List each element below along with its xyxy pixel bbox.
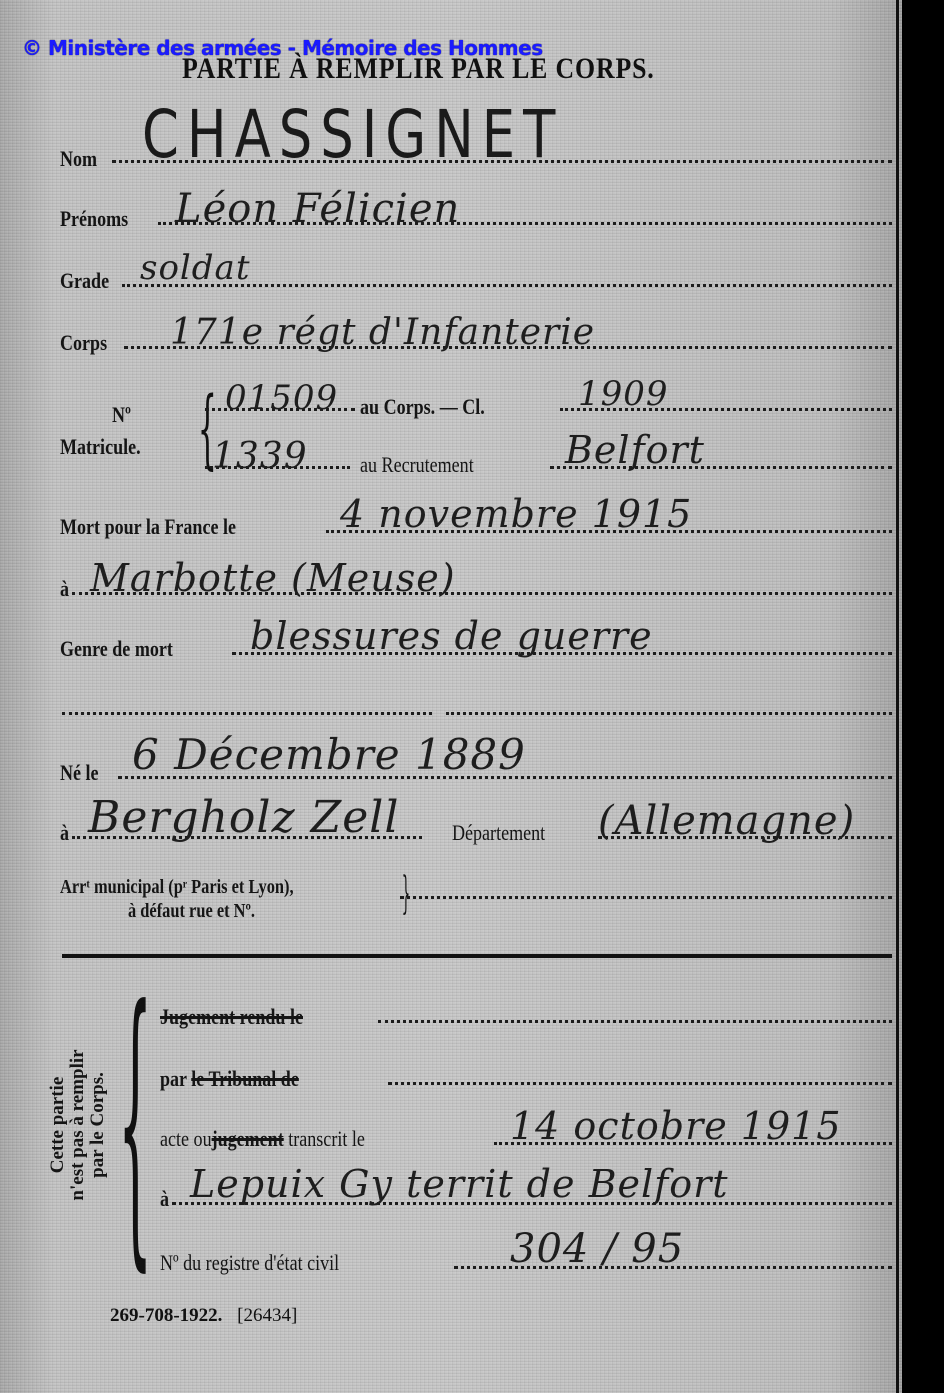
extra-line-b [446, 712, 892, 715]
form-reference: [26434] [237, 1305, 297, 1326]
registre-value: 304 / 95 [510, 1226, 684, 1272]
departement-value: (Allemagne) [598, 798, 855, 844]
form-footer: 269-708-1922. [26434] [110, 1305, 297, 1327]
ne-le-label: Né le [60, 760, 99, 786]
tribunal-label-struck: le Tribunal de [191, 1066, 299, 1091]
au-recrutement-label: au Recrutement [360, 452, 474, 478]
matricule-corps-value: 01509 [225, 378, 338, 418]
recrutement-no-value: 1339 [212, 436, 308, 477]
ne-le-value: 6 Décembre 1889 [132, 730, 526, 779]
copyright-watermark: © Ministère des armées - Mémoire des Hom… [22, 36, 543, 60]
side-label-line-1: Cette partie [48, 1010, 68, 1240]
grade-label: Grade [60, 268, 109, 294]
registre-label: Nº du registre d'état civil [160, 1250, 339, 1276]
au-corps-classe-label: au Corps. — Cl. [360, 394, 485, 420]
corps-label: Corps [60, 330, 107, 356]
matricule-label: Matricule. [60, 434, 141, 460]
classe-value: 1909 [578, 374, 669, 414]
grade-value: soldat [140, 248, 251, 288]
arrondissement-brace: } [402, 872, 410, 916]
matricule-no-label: Nº [112, 402, 131, 428]
document-card: © Ministère des armées - Mémoire des Hom… [0, 0, 902, 1393]
arrondissement-line [400, 896, 892, 899]
nom-label: Nom [60, 146, 97, 172]
prenoms-value: Léon Félicien [175, 186, 460, 232]
section-divider [62, 954, 892, 958]
side-label-line-2: n'est pas à remplir [68, 1010, 88, 1240]
tribunal-line [388, 1082, 892, 1085]
arrondissement-label-2: à défaut rue et Nº. [128, 900, 255, 923]
prenoms-label: Prénoms [60, 206, 128, 232]
tribunal-label-pre: par [160, 1066, 187, 1091]
acte-label: acte oujugement transcrit le [160, 1126, 365, 1152]
mort-a-label: à [60, 576, 69, 602]
acte-label-struck: jugement [212, 1126, 284, 1151]
mort-le-value: 4 novembre 1915 [340, 492, 692, 536]
mort-le-label: Mort pour la France le [60, 514, 236, 540]
nom-value: CHASSIGNET [142, 96, 563, 173]
jugement-label: Jugement rendu le [160, 1004, 303, 1030]
acte-value: 14 octobre 1915 [510, 1104, 842, 1148]
civil-section-brace: { [118, 972, 152, 1272]
side-label-line-3: par le Corps. [88, 1010, 108, 1240]
departement-label: Département [452, 820, 545, 846]
ne-a-value: Bergholz Zell [88, 792, 399, 843]
lieu-label: à [160, 1186, 169, 1212]
genre-mort-label: Genre de mort [60, 636, 173, 662]
extra-line-a [62, 712, 432, 715]
lieu-value: Lepuix Gy territ de Belfort [190, 1162, 729, 1206]
recrutement-value: Belfort [565, 428, 705, 472]
ne-a-label: à [60, 820, 69, 846]
genre-mort-value: blessures de guerre [250, 614, 653, 658]
corps-value: 171e régt d'Infanterie [170, 312, 595, 353]
acte-label-pre: acte ou [160, 1126, 212, 1151]
mort-a-value: Marbotte (Meuse) [90, 556, 456, 600]
jugement-line [378, 1020, 892, 1023]
acte-label-post: transcrit le [288, 1126, 365, 1151]
tribunal-label: par le Tribunal de [160, 1066, 299, 1092]
card-edge [896, 0, 899, 1393]
civil-section-side-label: Cette partie n'est pas à remplir par le … [48, 1010, 108, 1240]
arrondissement-label-1: Arrᵗ municipal (pʳ Paris et Lyon), [60, 876, 294, 899]
form-code: 269-708-1922. [110, 1305, 222, 1326]
